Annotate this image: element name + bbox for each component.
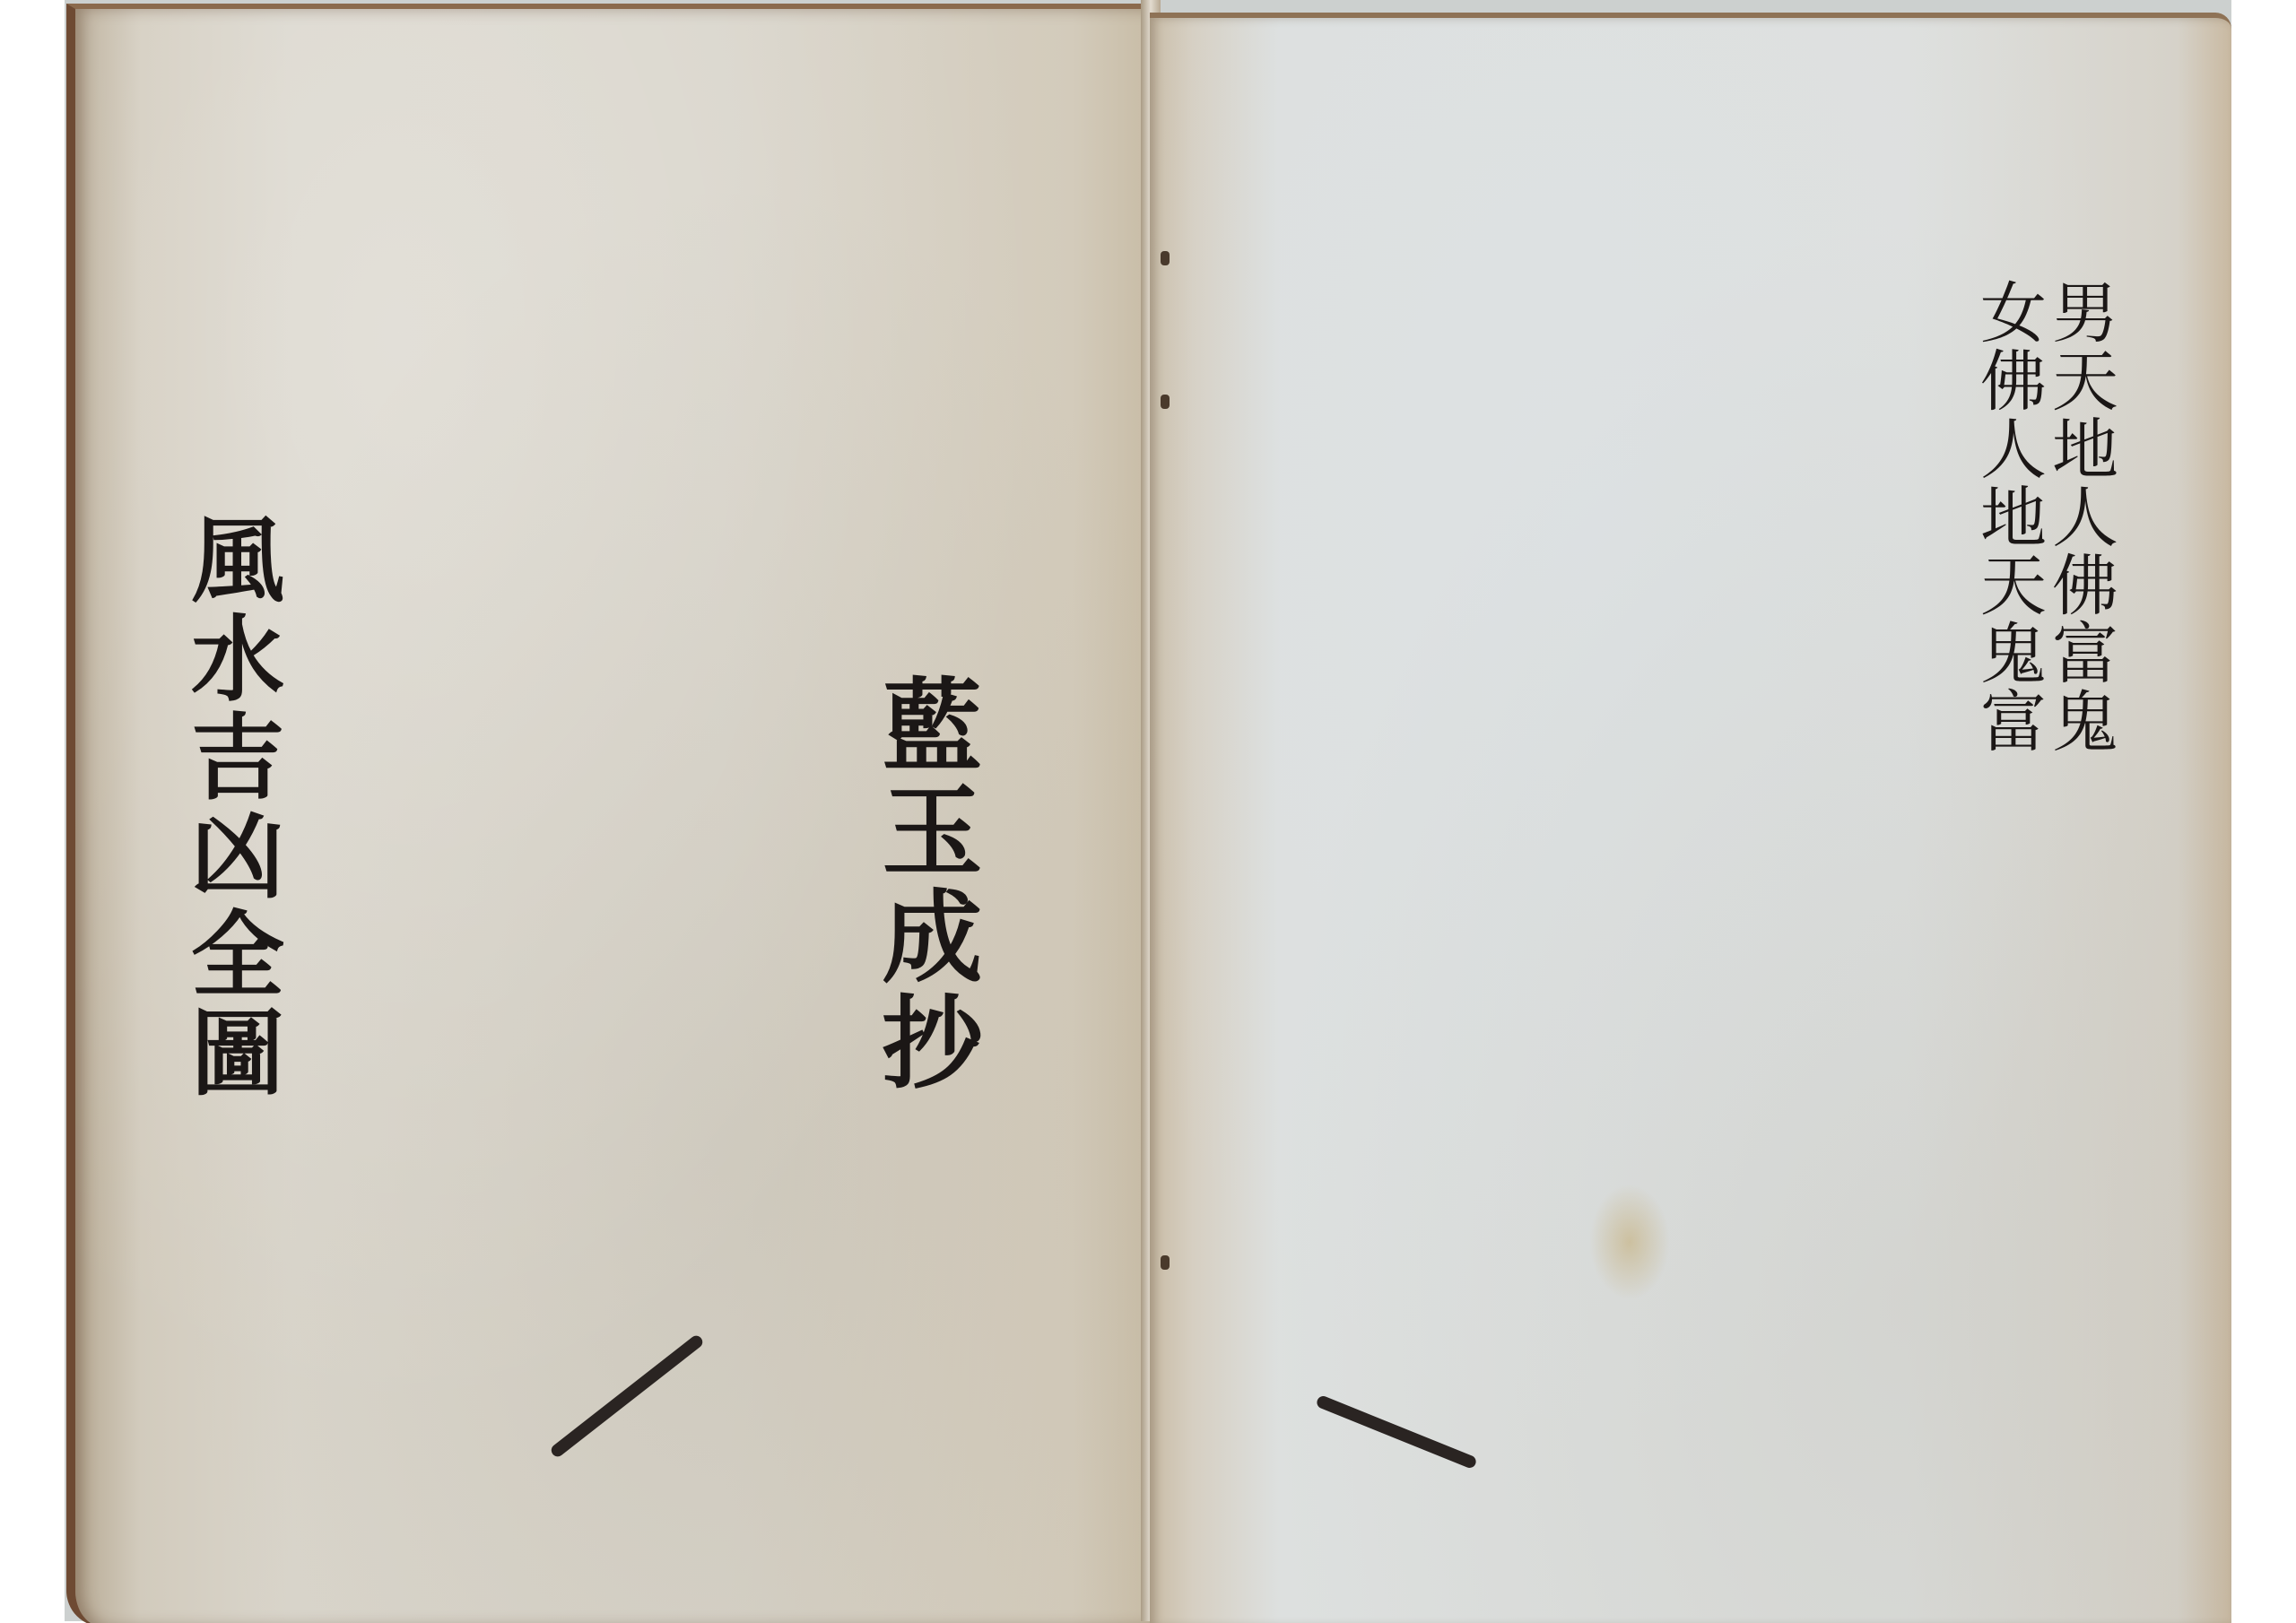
copyist-inscription: 藍玉成抄 (874, 673, 974, 1096)
left-page: 風水吉凶全圖 藍玉成抄 (66, 4, 1159, 1623)
binding-hole (1161, 251, 1170, 265)
book-title: 風水吉凶全圖 (183, 511, 276, 1103)
paper-tear-left (549, 1333, 705, 1459)
right-page: 男天地人佛富鬼 女佛人地天鬼富 (1150, 13, 2231, 1623)
show-through-text (1204, 72, 1304, 1596)
paper-tear-right (1315, 1394, 1477, 1470)
binding-hole (1161, 395, 1170, 409)
binding-hole (1161, 1255, 1170, 1270)
water-stain (1589, 1184, 1670, 1300)
chart-column-male: 男天地人佛富鬼 (2047, 278, 2113, 755)
chart-column-female: 女佛人地天鬼富 (1975, 278, 2041, 755)
